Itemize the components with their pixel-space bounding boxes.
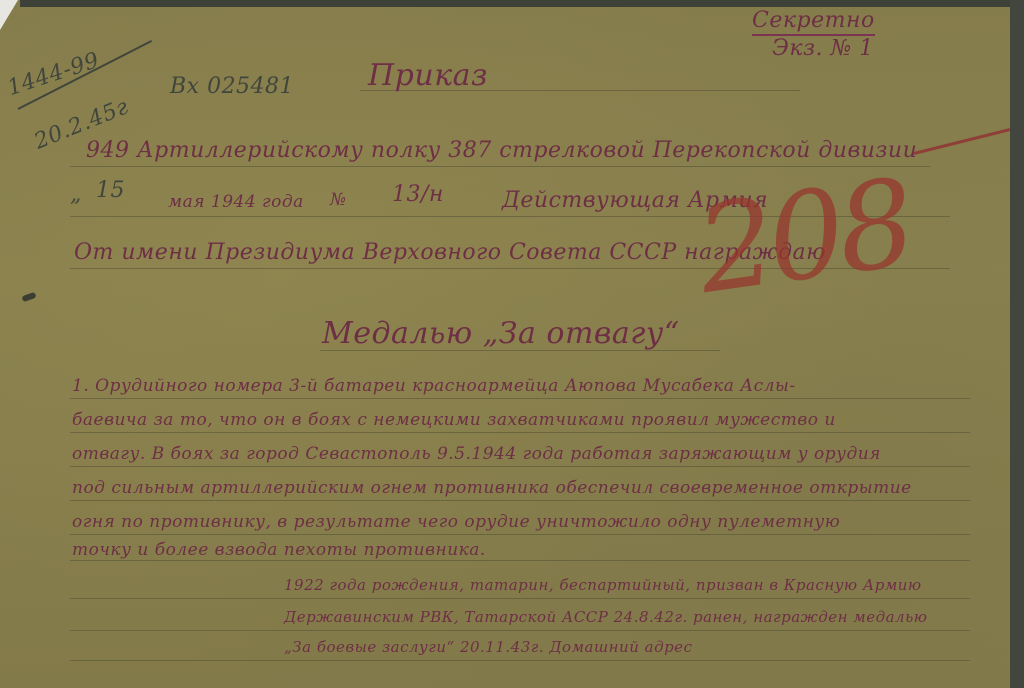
bio-line-3: „За боевые заслуги“ 20.11.43г. Домашний … <box>284 638 692 656</box>
scan-top-border <box>20 0 1020 7</box>
copy-number: Экз. № 1 <box>772 36 874 61</box>
medal-line: Медалью „За отвагу“ <box>322 316 680 351</box>
scan-corner <box>0 0 18 30</box>
ruled-line <box>70 500 970 501</box>
scan-right-border <box>1010 0 1024 688</box>
entry-line-6: точку и более взвода пехоты противника. <box>72 540 486 560</box>
incoming-number: Вх 025481 <box>170 74 294 99</box>
entry-line-4: под сильным артиллерийским огнем противн… <box>72 478 912 498</box>
ruled-line <box>70 466 970 467</box>
ruled-line <box>70 660 970 661</box>
entry-line-2: баевича за то, что он в боях с немецкими… <box>72 410 836 430</box>
paper-tear-mark <box>21 292 36 302</box>
order-number: 13/н <box>392 182 444 207</box>
entry-line-3: отвагу. В боях за город Севастополь 9.5.… <box>72 444 881 464</box>
unit-line: 949 Артиллерийскому полку 387 стрелковой… <box>86 138 917 163</box>
order-month-year: мая 1944 года <box>168 192 304 212</box>
red-pen-stroke <box>913 128 1011 155</box>
bio-line-2: Державинским РВК, Татарской АССР 24.8.42… <box>284 608 927 626</box>
ruled-line <box>70 630 970 631</box>
margin-number-red: 208 <box>689 154 917 321</box>
bio-line-1: 1922 года рождения, татарин, беспартийны… <box>284 576 922 594</box>
order-day: 15 <box>96 178 125 203</box>
ruled-line <box>70 398 970 399</box>
ruled-line <box>70 598 970 599</box>
ruled-line <box>70 432 970 433</box>
classification-stamp: Секретно <box>752 8 875 36</box>
order-number-label: № <box>330 190 347 210</box>
entry-line-1: 1. Орудийного номера 3-й батареи красноа… <box>72 376 796 396</box>
ruled-line <box>70 560 970 561</box>
entry-line-5: огня по противнику, в результате чего ор… <box>72 512 840 532</box>
pencil-ref-top: 1444-99 <box>4 48 102 101</box>
document-title: Приказ <box>368 58 488 93</box>
document-page: Секретно Экз. № 1 1444-99 20.2.45г Вх 02… <box>0 0 1012 688</box>
ruled-line <box>70 534 970 535</box>
